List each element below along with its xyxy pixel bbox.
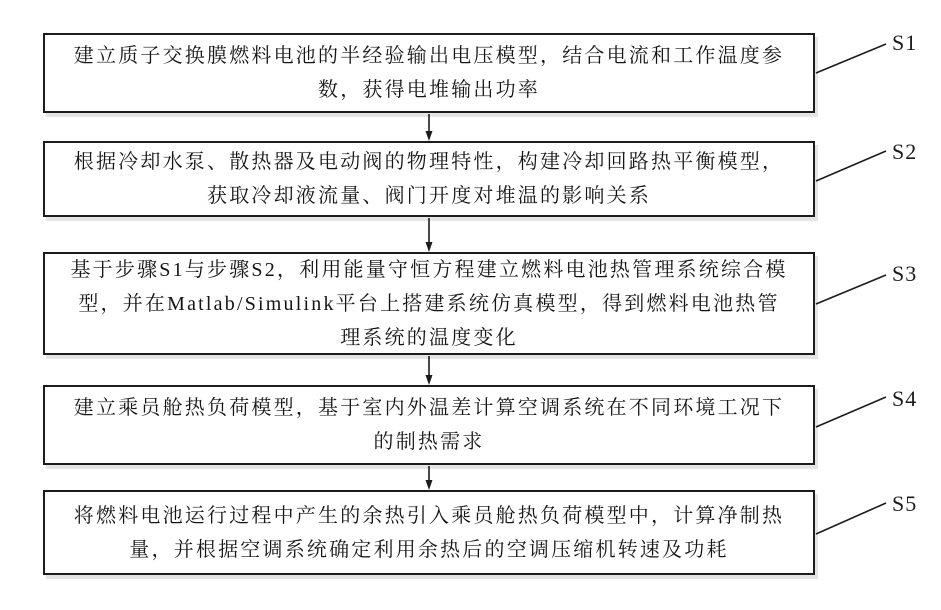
step-label-s5: S5 <box>892 491 917 517</box>
down-arrow-4-icon <box>426 466 433 490</box>
flow-step-box-s4: 建立乘员舱热负荷模型，基于室内外温差计算空调系统在不同环境工况下 的制热需求 <box>43 385 815 465</box>
flow-step-box-s3: 基于步骤S1与步骤S2，利用能量守恒方程建立燃料电池热管理系统综合模 型，并在M… <box>43 252 815 355</box>
down-arrow-2-icon <box>426 218 433 252</box>
flow-step-box-s2: 根据冷却水泵、散热器及电动阀的物理特性，构建冷却回路热平衡模型， 获取冷却液流量… <box>43 141 815 217</box>
flow-step-box-s1: 建立质子交换膜燃料电池的半经验输出电压模型，结合电流和工作温度参 数，获得电堆输… <box>43 33 815 113</box>
step-label-s4: S4 <box>892 386 917 412</box>
down-arrow-3-icon <box>426 356 433 385</box>
step-s5-connector-line <box>816 503 886 534</box>
flow-step-text-s2: 根据冷却水泵、散热器及电动阀的物理特性，构建冷却回路热平衡模型， 获取冷却液流量… <box>74 145 784 213</box>
flow-step-box-s5: 将燃料电池运行过程中产生的余热引入乘员舱热负荷模型中，计算净制热 量，并根据空调… <box>43 490 815 575</box>
step-s3-connector-line <box>816 275 886 304</box>
flowchart-figure: 建立质子交换膜燃料电池的半经验输出电压模型，结合电流和工作温度参 数，获得电堆输… <box>0 0 941 610</box>
step-s4-connector-line <box>816 397 886 427</box>
flow-step-text-s5: 将燃料电池运行过程中产生的余热引入乘员舱热负荷模型中，计算净制热 量，并根据空调… <box>74 499 784 567</box>
step-label-s2: S2 <box>892 139 917 165</box>
down-arrow-1-icon <box>426 114 433 141</box>
flow-step-text-s3: 基于步骤S1与步骤S2，利用能量守恒方程建立燃料电池热管理系统综合模 型，并在M… <box>70 253 787 355</box>
flow-step-text-s1: 建立质子交换膜燃料电池的半经验输出电压模型，结合电流和工作温度参 数，获得电堆输… <box>74 39 784 107</box>
flow-step-text-s4: 建立乘员舱热负荷模型，基于室内外温差计算空调系统在不同环境工况下 的制热需求 <box>74 391 784 459</box>
step-label-s1: S1 <box>892 30 917 56</box>
step-label-s3: S3 <box>892 261 917 287</box>
step-s1-connector-line <box>816 44 886 73</box>
step-s2-connector-line <box>816 151 886 181</box>
